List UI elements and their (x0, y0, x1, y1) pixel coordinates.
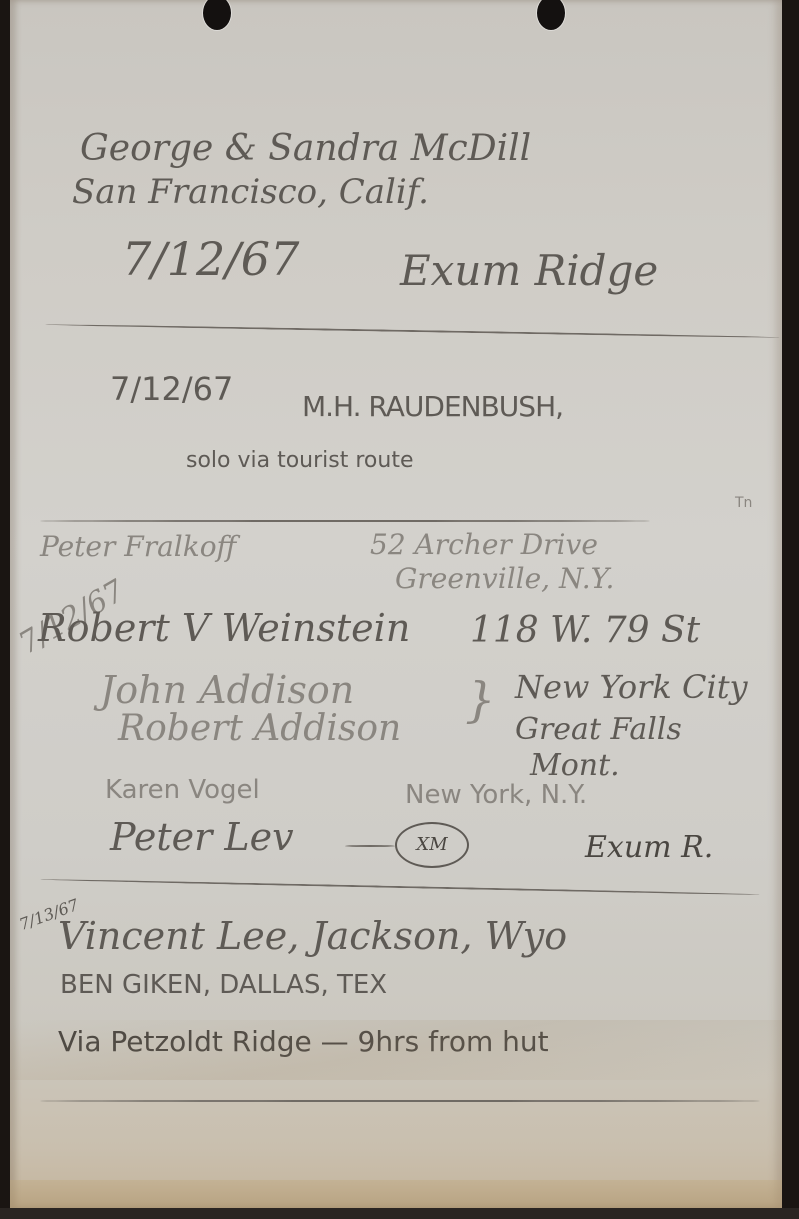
entry-name: Peter Fralkoff (40, 530, 236, 563)
entry-name: Peter Lev (110, 815, 294, 859)
entry-address: New York, N.Y. (405, 780, 587, 810)
entry-date: 7/12/67 (110, 370, 233, 408)
divider-line (45, 324, 780, 339)
binder-hole-right (537, 0, 565, 30)
circled-mark-text: XM (397, 824, 467, 866)
dash-stroke (345, 845, 395, 847)
entry-address: Greenville, N.Y. (395, 562, 614, 595)
entry-line-1: Vincent Lee, Jackson, Wyo (58, 914, 567, 958)
entry-address: 52 Archer Drive (370, 528, 598, 561)
brace: } (465, 672, 496, 728)
entry-name: John Addison (100, 668, 354, 712)
entry-route: Exum Ridge (400, 246, 658, 295)
divider-line (40, 1100, 760, 1102)
entry-hometown: San Francisco, Calif. (72, 172, 429, 212)
corner-mark: Tn (735, 495, 752, 511)
entry-date: 7/12/67 (122, 232, 299, 286)
entry-line-2: BEN GIKEN, DALLAS, TEX (60, 970, 387, 1000)
divider-line (40, 520, 650, 522)
entry-route: Exum R. (585, 830, 713, 865)
entry-name: M.H. RAUDENBUSH, (302, 390, 563, 423)
entry-name: Karen Vogel (105, 775, 260, 805)
bottom-edge (0, 1208, 799, 1219)
circled-mark: XM (395, 822, 469, 868)
entry-name: Robert V Weinstein (38, 606, 410, 650)
entry-address: 118 W. 79 St (470, 610, 700, 651)
entry-address: Mont. (530, 748, 620, 783)
entry-note: solo via tourist route (186, 448, 414, 473)
entry-address: Great Falls (515, 712, 682, 747)
register-page: George & Sandra McDill San Francisco, Ca… (10, 0, 782, 1208)
entry-address: New York City (515, 668, 748, 706)
entry-line-3: Via Petzoldt Ridge — 9hrs from hut (58, 1025, 549, 1058)
binder-hole-left (203, 0, 231, 30)
entry-names: George & Sandra McDill (80, 128, 531, 169)
entry-name: Robert Addison (118, 708, 401, 749)
paper-stain (10, 1180, 782, 1208)
divider-line (40, 878, 760, 895)
